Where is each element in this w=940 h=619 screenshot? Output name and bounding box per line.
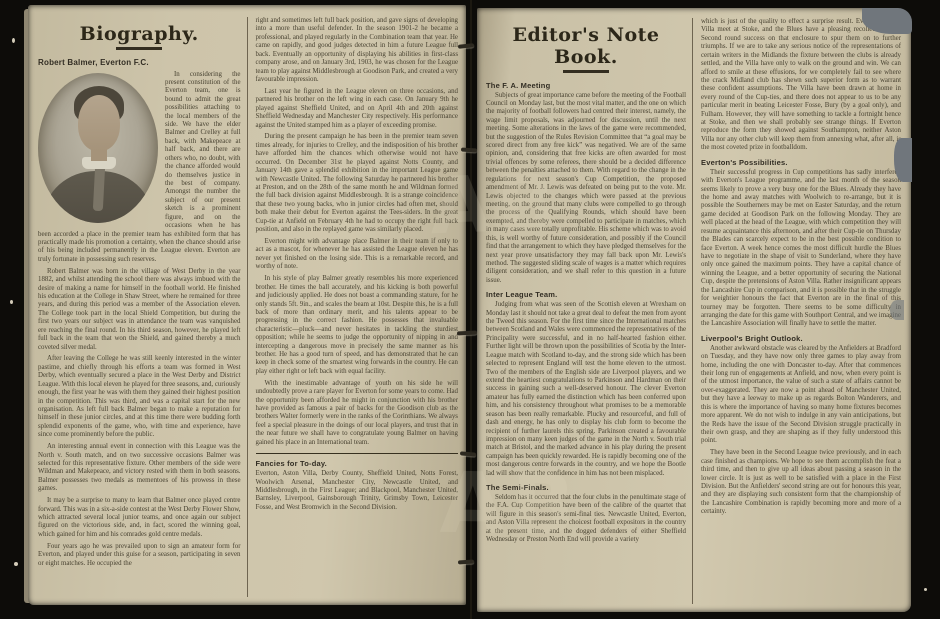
editors-note-book-heading: Editor's Note Book. [486,24,686,68]
paragraph: Subjects of great importance came before… [486,92,686,286]
section-divider-rule [256,453,459,454]
portrait-face [78,95,120,151]
paragraph: Seldom has it occurred that the four clu… [486,494,686,545]
paragraph: With the inestimable advantage of youth … [256,380,459,447]
section-heading: Everton's Possibilities. [701,158,901,167]
paragraph: Their successful progress in Cup competi… [701,169,901,329]
page-tear [890,300,904,320]
section-heading: Liverpool's Bright Outlook. [701,334,901,343]
heading-rule [563,70,609,73]
right-page-column-2: which is just of the quality to effect a… [700,18,901,604]
heading-rule [116,47,162,50]
paragraph: Four years ago he was prevailed upon to … [38,543,241,568]
paragraph: which is just of the quality to effect a… [701,18,901,153]
spine-crease [470,0,472,619]
biography-subheading: Robert Balmer, Everton F.C. [38,58,241,67]
paragraph: Everton might with advantage place Balme… [256,238,459,272]
biography-heading: Biography. [38,23,241,45]
paragraph: During the present campaign he has been … [256,133,459,234]
paragraph: They have been in the Second League twic… [701,449,901,516]
paragraph: Everton, Aston Villa, Derby County, Shef… [256,470,459,512]
left-page: Biography. Robert Balmer, Everton F.C. I… [28,5,466,605]
section-heading: The Semi-Finals. [486,483,686,492]
stitch-mark [457,330,477,335]
paragraph: In his style of play Balmer greatly rese… [256,275,459,376]
paragraph: Last year he figured in the League eleve… [256,88,459,130]
paragraph: Robert Balmer was born in the village of… [38,268,241,352]
paragraph: right and sometimes left full back posit… [256,17,459,84]
paragraph: Another awkward obstacle was cleared by … [701,345,901,446]
right-page-column-1: Editor's Note Book. The F. A. Meeting Su… [486,18,693,604]
right-page: Editor's Note Book. The F. A. Meeting Su… [477,8,911,612]
paragraph: An interesting annual event in connectio… [38,443,241,494]
section-heading: The F. A. Meeting [486,81,686,90]
paper-speck [12,38,15,43]
paper-speck [10,300,13,304]
fancies-heading: Fancies for To-day. [256,459,459,468]
section-heading: Inter League Team. [486,290,686,299]
portrait-oval-vignette [38,73,158,223]
paragraph: It may be a surprise to many to learn th… [38,497,241,539]
paragraph: After leaving the College he was still k… [38,355,241,439]
paper-speck [14,562,18,566]
left-page-column-2: right and sometimes left full back posit… [255,17,459,597]
page-tear [894,138,912,182]
portrait-photo [38,73,158,223]
paragraph: Judging from what was seen of the Scotti… [486,301,686,478]
paper-speck [924,588,927,591]
left-page-column-1: Biography. Robert Balmer, Everton F.C. I… [38,17,248,597]
